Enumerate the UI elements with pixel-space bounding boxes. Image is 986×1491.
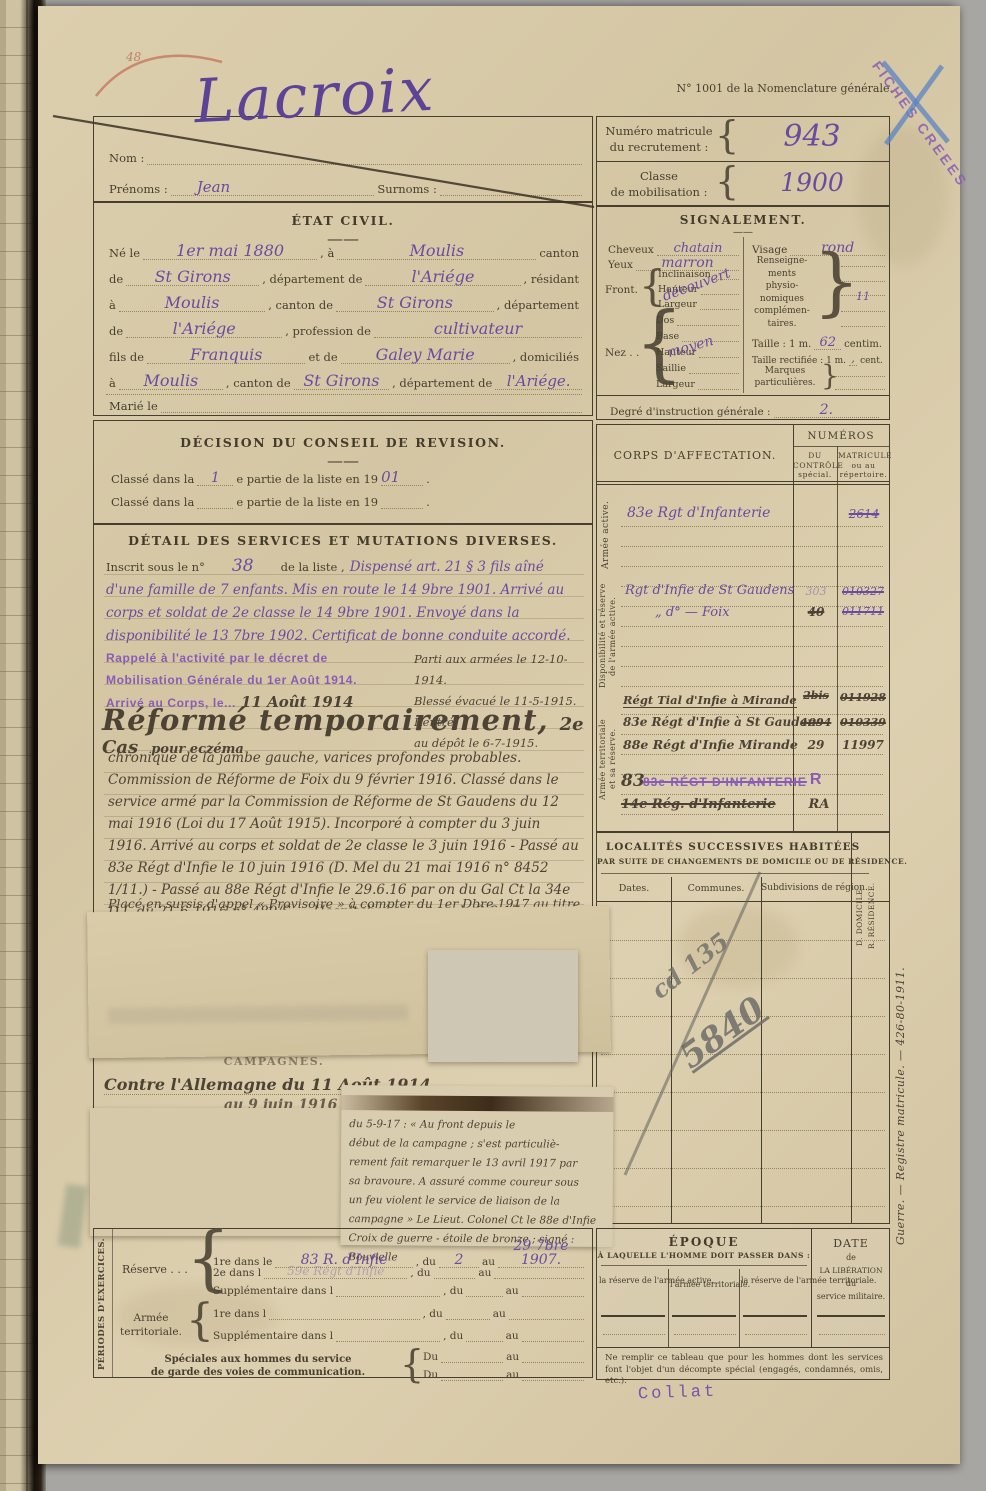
etat-civil-line5: fils de Franquis et de Galey Marie , dom… [106,347,582,364]
classe-mobilisation-row: Classede mobilisation : { 1900 [597,162,889,207]
dotted-line [841,280,885,282]
col-subdivisions: Subdivisions de région. [761,883,851,893]
dotted-line [621,685,883,687]
controle-cell: 1094 [797,716,835,729]
ink-smudge [58,1184,88,1248]
fold-shadow [341,1095,613,1112]
matricule-cell: 010327 [839,585,887,598]
controle-cell: R [797,771,835,789]
mother-name-value: Galey Marie [341,347,510,364]
numero-matricule-value: 943 [747,119,877,154]
matricule-cell: 2614 [841,507,887,521]
column-divider [743,237,744,393]
dotted-line [819,1333,885,1335]
etat-civil-line2: de St Girons , département de l'Ariége ,… [106,269,582,286]
column-line [671,877,672,1223]
name-box: Nom : Prénoms : Jean Surnoms : Lacroix [93,116,593,202]
inscription-paragraph: Inscrit sous le n° 38 de la liste , Disp… [106,555,582,647]
marques-group: Marquesparticulières. } [749,365,885,393]
dotted-line [699,357,739,358]
register-sheet: 48 N° 1001 de la Nomenclature générale. … [38,6,960,1464]
brace: { [715,118,739,152]
canton-value: St Girons [126,269,259,286]
header-rule-2 [597,484,889,485]
dotted-line [841,310,885,312]
periodes-section: PÉRIODES D'EXERCICES. Réserve . . . { 1r… [93,1228,593,1378]
signalement-title: SIGNALEMENT. [597,213,889,227]
marie-row: Marié le [106,399,582,413]
epoque-note: Ne remplir ce tableau que pour les homme… [605,1353,883,1388]
matricule-header: MATRICULEou aurépertoire. [838,451,889,480]
dotted-line [601,1053,885,1055]
dotted-line [446,1319,490,1320]
corner-mark: 48 [126,50,141,64]
dotted-line [466,1341,502,1342]
localites-subtitle: PAR SUITE DE CHANGEMENTS DE DOMICILE OU … [597,857,869,866]
etat-civil-line6: à Moulis , canton de St Girons , départe… [106,373,582,390]
localites-table: LOCALITÉS SUCCESSIVES HABITÉES PAR SUITE… [596,832,890,1224]
services-title: DÉTAIL DES SERVICES ET MUTATIONS DIVERSE… [94,533,592,548]
renseignements-group: Renseigne-ments physio-nomiques compléme… [749,253,885,331]
header-rule [601,873,869,874]
periode-row-4: 1re dans l , du au [210,1308,584,1320]
etat-civil-title: ÉTAT CIVIL. [94,213,592,228]
dotted-line [601,977,885,979]
etat-civil-section: ÉTAT CIVIL. —— Né le 1er mai 1880 , à Mo… [93,202,593,416]
domicile-departement-value: l'Ariége. [495,373,582,390]
dotted-line [621,625,883,627]
dotted-line [698,389,739,390]
scanned-register-page: 48 N° 1001 de la Nomenclature générale. … [0,0,986,1491]
col-dates: Dates. [597,883,671,894]
disponibilite-label-2: de l'armée active. [608,577,617,695]
dotted-line [466,1296,502,1297]
territoriale-label-1: Armée territoriale [598,699,607,819]
dotted-line [621,545,883,547]
dotted-line [603,1333,665,1335]
column-line [793,425,794,831]
controle-cell: 2bis [797,689,835,702]
epoque-subtitle: À LAQUELLE L'HOMME DOIT PASSER DANS : [597,1251,811,1260]
matricule-cell: 010339 [839,716,887,729]
departement-value: l'Ariége [365,269,520,286]
periodes-side-label: PÉRIODES D'EXERCICES. [97,1235,107,1373]
domicile-value: Moulis [119,373,223,390]
periode-row-6: Du au [420,1351,584,1363]
header-rule-2 [597,901,889,902]
matricule-cell: 11997 [839,738,887,752]
liste-partie-value: 1 [197,469,233,486]
controle-cell: 29 [797,738,835,752]
column-line [761,877,762,1223]
dotted-line [336,1296,440,1297]
armee-active-label: Armée active. [601,489,611,581]
decision-line2: Classé dans la e partie de la liste en 1… [108,495,438,509]
classe-mobilisation-value: 1900 [747,168,877,197]
prenoms-row: Prénoms : Jean Surnoms : [106,179,582,196]
side-divider [112,1229,113,1377]
surnoms-label: Surnoms : [374,182,439,196]
marques-label: Marquesparticulières. [749,365,821,389]
residence-departement-value: l'Ariége [126,321,282,338]
col-communes: Communes. [671,883,761,894]
disponibilite-label-1: Disponibilité et réserve [598,577,607,695]
residence-canton-value: St Girons [336,295,494,312]
numeros-rule [793,446,889,447]
dotted-line [601,1129,885,1131]
dotted-line [522,1341,584,1342]
corps-header: CORPS D'AFFECTATION. [597,449,793,462]
controle-cell: 303 [797,585,835,598]
etat-civil-line3: à Moulis , canton de St Girons , départe… [106,295,582,312]
dotted-line [841,325,885,327]
epoque-title: ÉPOQUE [597,1235,811,1249]
dotted-line [509,1319,584,1320]
corps-row: 83e Rgt d'Infanterie [627,505,770,521]
numero-matricule-label: Numéro matriculedu recrutement : [603,124,715,155]
dotted-line [522,1362,584,1363]
decision-title: DÉCISION DU CONSEIL DE REVISION. [94,435,592,450]
cell-rule [601,1315,665,1317]
periode-row-5: Supplémentaire dans l , du au [210,1330,584,1342]
reforme-title: Réformé temporairement, [102,703,549,737]
etat-civil-line1: Né le 1er mai 1880 , à Moulis canton [106,243,582,260]
dotted-line [601,1205,885,1207]
corps-row: Régt Tial d'Infie à Mirande [623,693,797,708]
dotted-line [745,1333,807,1335]
corps-row: 88e Régt d'Infie Mirande [623,737,798,752]
decision-section: DÉCISION DU CONSEIL DE REVISION. —— Clas… [93,420,593,524]
citation-slip: du 5-9-17 : « Au front depuis le début d… [340,1085,613,1247]
dotted-line [621,665,883,667]
liste-annee-value: 01 [381,469,423,486]
periode-row-2: 2e dans l 59e Régt d'Infie , du au [210,1262,584,1279]
side-domicile-label: D. DOMICILE. [855,841,864,991]
periode-row-3: Supplémentaire dans l , du au [210,1285,584,1297]
classe-mobilisation-label: Classede mobilisation : [603,169,715,200]
etat-civil-line4: de l'Ariége , profession de cultivateur [106,321,582,338]
dotted-line [674,1333,736,1335]
cell-rule [672,1315,736,1317]
dotted-line [434,1278,476,1279]
epoque-table: ÉPOQUE À LAQUELLE L'HOMME DOIT PASSER DA… [596,1228,890,1380]
dotted-line [269,1319,420,1320]
dotted-line [701,294,739,295]
matricule-cell: 011711 [839,605,887,618]
column-line [851,833,852,1223]
dotted-line [494,1278,584,1279]
corps-row: 83e Régt d'Infie à St Gaudens [623,715,823,729]
dotted-line [621,733,883,735]
divider [597,395,889,396]
dotted-line [601,1091,885,1093]
pencil-annotation: 5840 [672,989,772,1077]
date-liberation-header: DATE de LA LIBÉRATION du service militai… [813,1237,889,1302]
father-name-value: Franquis [147,347,305,364]
dotted-line [601,939,885,941]
controle-header: DUCONTRÔLEspécial. [793,451,837,480]
periode-corps-value: 59e Régt d'Infie [264,1262,407,1279]
birthplace-value: Moulis [337,243,536,260]
table-bottom-rule [597,1347,889,1348]
corps-row-stamp: 83e RÉGT D'INFANTERIE [643,775,807,789]
nom-row: Nom : [106,151,582,165]
renseignements-value: 11 [841,285,885,296]
controle-cell: 40 [797,605,835,619]
birthdate-value: 1er mai 1880 [143,243,317,260]
brace: } [813,249,860,316]
dotted-line [835,375,885,377]
signalement-section: SIGNALEMENT. —— Cheveux chatain Yeux mar… [596,206,890,420]
dotted-line [621,753,883,755]
territoriale-label: Arméeterritoriale. [118,1311,184,1339]
dotted-line [197,508,233,509]
dotted-line [621,525,883,527]
corps-row-stamp-prefix: 83 [621,771,645,791]
epoque-col2: l'armée territoriale. [670,1279,737,1290]
dotted-line [147,164,582,165]
reserve-label: Réserve . . . [122,1263,188,1276]
numeros-header: NUMÉROS [793,430,889,442]
nomenclature-note: N° 1001 de la Nomenclature générale. [638,82,893,95]
epoque-col1: la réserve de l'armée active. [599,1275,666,1286]
dotted-line [621,813,883,815]
degre-instruction-row: Degré d'instruction générale : 2. [607,401,879,418]
taille-value: 62 [814,333,841,350]
taille-rectifiee-row: Taille rectifiée : 1 m. , cent. [749,349,885,366]
territoriale-label-2: et sa réserve. [608,699,617,819]
dotted-line [835,388,885,390]
dotted-line [336,1341,440,1342]
brace: { [715,164,739,198]
numero-matricule-row: Numéro matriculedu recrutement : { 943 [597,117,889,162]
domicile-canton-value: St Girons [294,373,389,390]
dotted-line [621,645,883,647]
dotted-line [677,325,739,326]
dotted-line [621,793,883,795]
decision-line1: Classé dans la 1 e partie de la liste en… [108,469,438,486]
side-residence-label: R. RÉSIDENCE. [867,841,876,991]
periode-row-7: Du au [420,1369,584,1381]
localites-title: LOCALITÉS SUCCESSIVES HABITÉES [597,841,869,853]
nom-label: Nom : [106,151,147,165]
profession-value: cultivateur [374,321,582,338]
residence-value: Moulis [119,295,265,312]
nom-value-handwritten: Lacroix [192,55,436,138]
dotted-line [161,412,582,413]
dotted-line [106,393,582,395]
dotted-line [381,508,423,509]
dotted-line [700,309,739,310]
dotted-line [841,265,885,267]
dotted-line [522,1296,584,1297]
nez-group: Nez . . { Dos Base Hauteur Saillie Large… [605,315,739,395]
dotted-line [441,1362,503,1363]
header-rule [597,481,889,482]
column-line [837,446,838,831]
taille-row: Taille : 1 m. 62 centim. [749,333,885,350]
matricule-cell: 011928 [839,691,887,704]
dotted-line [621,565,883,567]
voies-communication-label: Spéciales aux hommes du servicede garde … [118,1353,398,1379]
dotted-line [689,373,739,374]
corps-row: „ d° — Foix [655,605,730,620]
pasted-slip-gray [428,950,578,1062]
dotted-line [440,195,582,196]
prenoms-label: Prénoms : [106,182,171,196]
liste-numero-value: 38 [210,556,276,576]
corps-row: Rgt d'Infie de St Gaudens [625,583,794,598]
header-rule [601,1265,807,1266]
cell-rule [743,1315,807,1317]
dotted-line [441,1380,503,1381]
title-rule: —— [94,451,592,470]
prenoms-value: Jean [171,179,375,196]
controle-cell: RA [797,797,841,812]
corps-affectation-table: CORPS D'AFFECTATION. NUMÉROS DUCONTRÔLEs… [596,424,890,832]
margin-imprint: Guerre. — Registre matricule. — 426-80-1… [894,936,907,1276]
faint-pencil-trace [108,1004,408,1024]
taille-rectifiee-value: , [849,349,857,366]
degre-value: 2. [774,401,879,418]
dotted-line [601,1167,885,1169]
matricule-box: Numéro matriculedu recrutement : { 943 C… [596,116,890,206]
epoque-col3: la réserve de l'armée territoriale. [741,1275,808,1286]
corps-row: 14e Rég. d'Infanterie [621,797,776,812]
renseignements-label: Renseigne-ments physio-nomiques compléme… [749,255,815,330]
cell-rule [817,1315,885,1317]
dotted-line [522,1380,584,1381]
